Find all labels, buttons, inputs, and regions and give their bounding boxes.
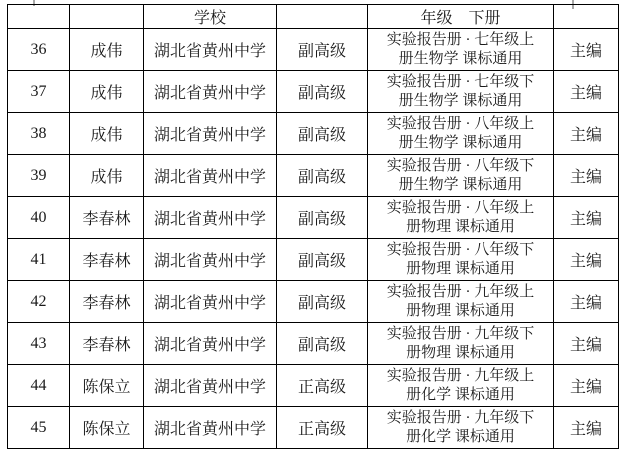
- role-cell: 主编: [554, 197, 619, 239]
- row-number-cell: 39: [8, 155, 70, 197]
- editors-table: 学校 年级 下册 36 成伟 湖北省黄州中学 副高级 实验报告册 · 七年级上 …: [7, 4, 619, 449]
- row-number-cell: 36: [8, 29, 70, 71]
- row-number-cell: 45: [8, 407, 70, 449]
- work-line-1: 实验报告册 · 九年级下: [368, 325, 553, 344]
- title-cell: 副高级: [277, 197, 368, 239]
- school-cell: 湖北省黄州中学: [144, 71, 277, 113]
- title-cell: 副高级: [277, 71, 368, 113]
- work-line-2: 册生物学 课标通用: [368, 50, 553, 69]
- name-cell: 陈保立: [70, 365, 144, 407]
- role-cell: 主编: [554, 281, 619, 323]
- work-line-1: 实验报告册 · 八年级下: [368, 157, 553, 176]
- table-row: 36 成伟 湖北省黄州中学 副高级 实验报告册 · 七年级上 册生物学 课标通用…: [8, 29, 619, 71]
- header-cell-school: 学校: [144, 5, 277, 29]
- header-cell-no: [8, 5, 70, 29]
- work-cell: 实验报告册 · 八年级上 册生物学 课标通用: [368, 113, 554, 155]
- role-cell: 主编: [554, 323, 619, 365]
- title-cell: 副高级: [277, 323, 368, 365]
- work-line-2: 册物理 课标通用: [368, 344, 553, 363]
- row-number-cell: 37: [8, 71, 70, 113]
- work-line-1: 实验报告册 · 九年级上: [368, 367, 553, 386]
- row-number-cell: 44: [8, 365, 70, 407]
- header-row: 学校 年级 下册: [8, 5, 619, 29]
- document-page: 学校 年级 下册 36 成伟 湖北省黄州中学 副高级 实验报告册 · 七年级上 …: [0, 0, 623, 455]
- title-cell: 副高级: [277, 281, 368, 323]
- work-cell: 实验报告册 · 九年级上 册物理 课标通用: [368, 281, 554, 323]
- school-cell: 湖北省黄州中学: [144, 29, 277, 71]
- work-cell: 实验报告册 · 九年级上 册化学 课标通用: [368, 365, 554, 407]
- row-number-cell: 42: [8, 281, 70, 323]
- row-number-cell: 38: [8, 113, 70, 155]
- name-cell: 李春林: [70, 197, 144, 239]
- table-body: 36 成伟 湖北省黄州中学 副高级 实验报告册 · 七年级上 册生物学 课标通用…: [8, 29, 619, 449]
- work-line-2: 册生物学 课标通用: [368, 134, 553, 153]
- work-cell: 实验报告册 · 七年级下 册生物学 课标通用: [368, 71, 554, 113]
- work-line-1: 实验报告册 · 九年级上: [368, 283, 553, 302]
- table-row: 43 李春林 湖北省黄州中学 副高级 实验报告册 · 九年级下 册物理 课标通用…: [8, 323, 619, 365]
- header-cell-title: [277, 5, 368, 29]
- school-cell: 湖北省黄州中学: [144, 239, 277, 281]
- work-line-2: 册生物学 课标通用: [368, 176, 553, 195]
- work-line-1: 实验报告册 · 八年级上: [368, 115, 553, 134]
- work-cell: 实验报告册 · 八年级下 册生物学 课标通用: [368, 155, 554, 197]
- work-line-2: 册物理 课标通用: [368, 260, 553, 279]
- school-cell: 湖北省黄州中学: [144, 365, 277, 407]
- name-cell: 成伟: [70, 155, 144, 197]
- title-cell: 副高级: [277, 113, 368, 155]
- name-cell: 成伟: [70, 29, 144, 71]
- title-cell: 正高级: [277, 365, 368, 407]
- row-number-cell: 40: [8, 197, 70, 239]
- name-cell: 成伟: [70, 113, 144, 155]
- work-line-1: 实验报告册 · 七年级下: [368, 73, 553, 92]
- table-row: 41 李春林 湖北省黄州中学 副高级 实验报告册 · 八年级下 册物理 课标通用…: [8, 239, 619, 281]
- role-cell: 主编: [554, 113, 619, 155]
- work-line-2: 册生物学 课标通用: [368, 92, 553, 111]
- title-cell: 正高级: [277, 407, 368, 449]
- table-row: 38 成伟 湖北省黄州中学 副高级 实验报告册 · 八年级上 册生物学 课标通用…: [8, 113, 619, 155]
- school-cell: 湖北省黄州中学: [144, 155, 277, 197]
- work-line-1: 实验报告册 · 八年级上: [368, 199, 553, 218]
- role-cell: 主编: [554, 365, 619, 407]
- role-cell: 主编: [554, 239, 619, 281]
- work-line-1: 实验报告册 · 七年级上: [368, 31, 553, 50]
- name-cell: 李春林: [70, 281, 144, 323]
- table-row: 40 李春林 湖北省黄州中学 副高级 实验报告册 · 八年级上 册物理 课标通用…: [8, 197, 619, 239]
- school-cell: 湖北省黄州中学: [144, 407, 277, 449]
- school-cell: 湖北省黄州中学: [144, 323, 277, 365]
- school-cell: 湖北省黄州中学: [144, 281, 277, 323]
- table-row: 42 李春林 湖北省黄州中学 副高级 实验报告册 · 九年级上 册物理 课标通用…: [8, 281, 619, 323]
- name-cell: 陈保立: [70, 407, 144, 449]
- title-cell: 副高级: [277, 29, 368, 71]
- table-row: 45 陈保立 湖北省黄州中学 正高级 实验报告册 · 九年级下 册化学 课标通用…: [8, 407, 619, 449]
- school-cell: 湖北省黄州中学: [144, 113, 277, 155]
- title-cell: 副高级: [277, 155, 368, 197]
- name-cell: 李春林: [70, 323, 144, 365]
- work-cell: 实验报告册 · 七年级上 册生物学 课标通用: [368, 29, 554, 71]
- work-line-2: 册化学 课标通用: [368, 428, 553, 447]
- name-cell: 成伟: [70, 71, 144, 113]
- row-number-cell: 41: [8, 239, 70, 281]
- table-row: 37 成伟 湖北省黄州中学 副高级 实验报告册 · 七年级下 册生物学 课标通用…: [8, 71, 619, 113]
- title-cell: 副高级: [277, 239, 368, 281]
- work-cell: 实验报告册 · 八年级下 册物理 课标通用: [368, 239, 554, 281]
- table-row: 39 成伟 湖北省黄州中学 副高级 实验报告册 · 八年级下 册生物学 课标通用…: [8, 155, 619, 197]
- header-cell-name: [70, 5, 144, 29]
- work-cell: 实验报告册 · 八年级上 册物理 课标通用: [368, 197, 554, 239]
- work-cell: 实验报告册 · 九年级下 册化学 课标通用: [368, 407, 554, 449]
- work-line-2: 册物理 课标通用: [368, 218, 553, 237]
- work-line-2: 册物理 课标通用: [368, 302, 553, 321]
- work-cell: 实验报告册 · 九年级下 册物理 课标通用: [368, 323, 554, 365]
- work-line-2: 册化学 课标通用: [368, 386, 553, 405]
- header-cell-grade: 年级 下册: [368, 5, 554, 29]
- header-cell-role: [554, 5, 619, 29]
- role-cell: 主编: [554, 407, 619, 449]
- name-cell: 李春林: [70, 239, 144, 281]
- school-cell: 湖北省黄州中学: [144, 197, 277, 239]
- role-cell: 主编: [554, 29, 619, 71]
- role-cell: 主编: [554, 71, 619, 113]
- work-line-1: 实验报告册 · 九年级下: [368, 409, 553, 428]
- work-line-1: 实验报告册 · 八年级下: [368, 241, 553, 260]
- role-cell: 主编: [554, 155, 619, 197]
- row-number-cell: 43: [8, 323, 70, 365]
- table-row: 44 陈保立 湖北省黄州中学 正高级 实验报告册 · 九年级上 册化学 课标通用…: [8, 365, 619, 407]
